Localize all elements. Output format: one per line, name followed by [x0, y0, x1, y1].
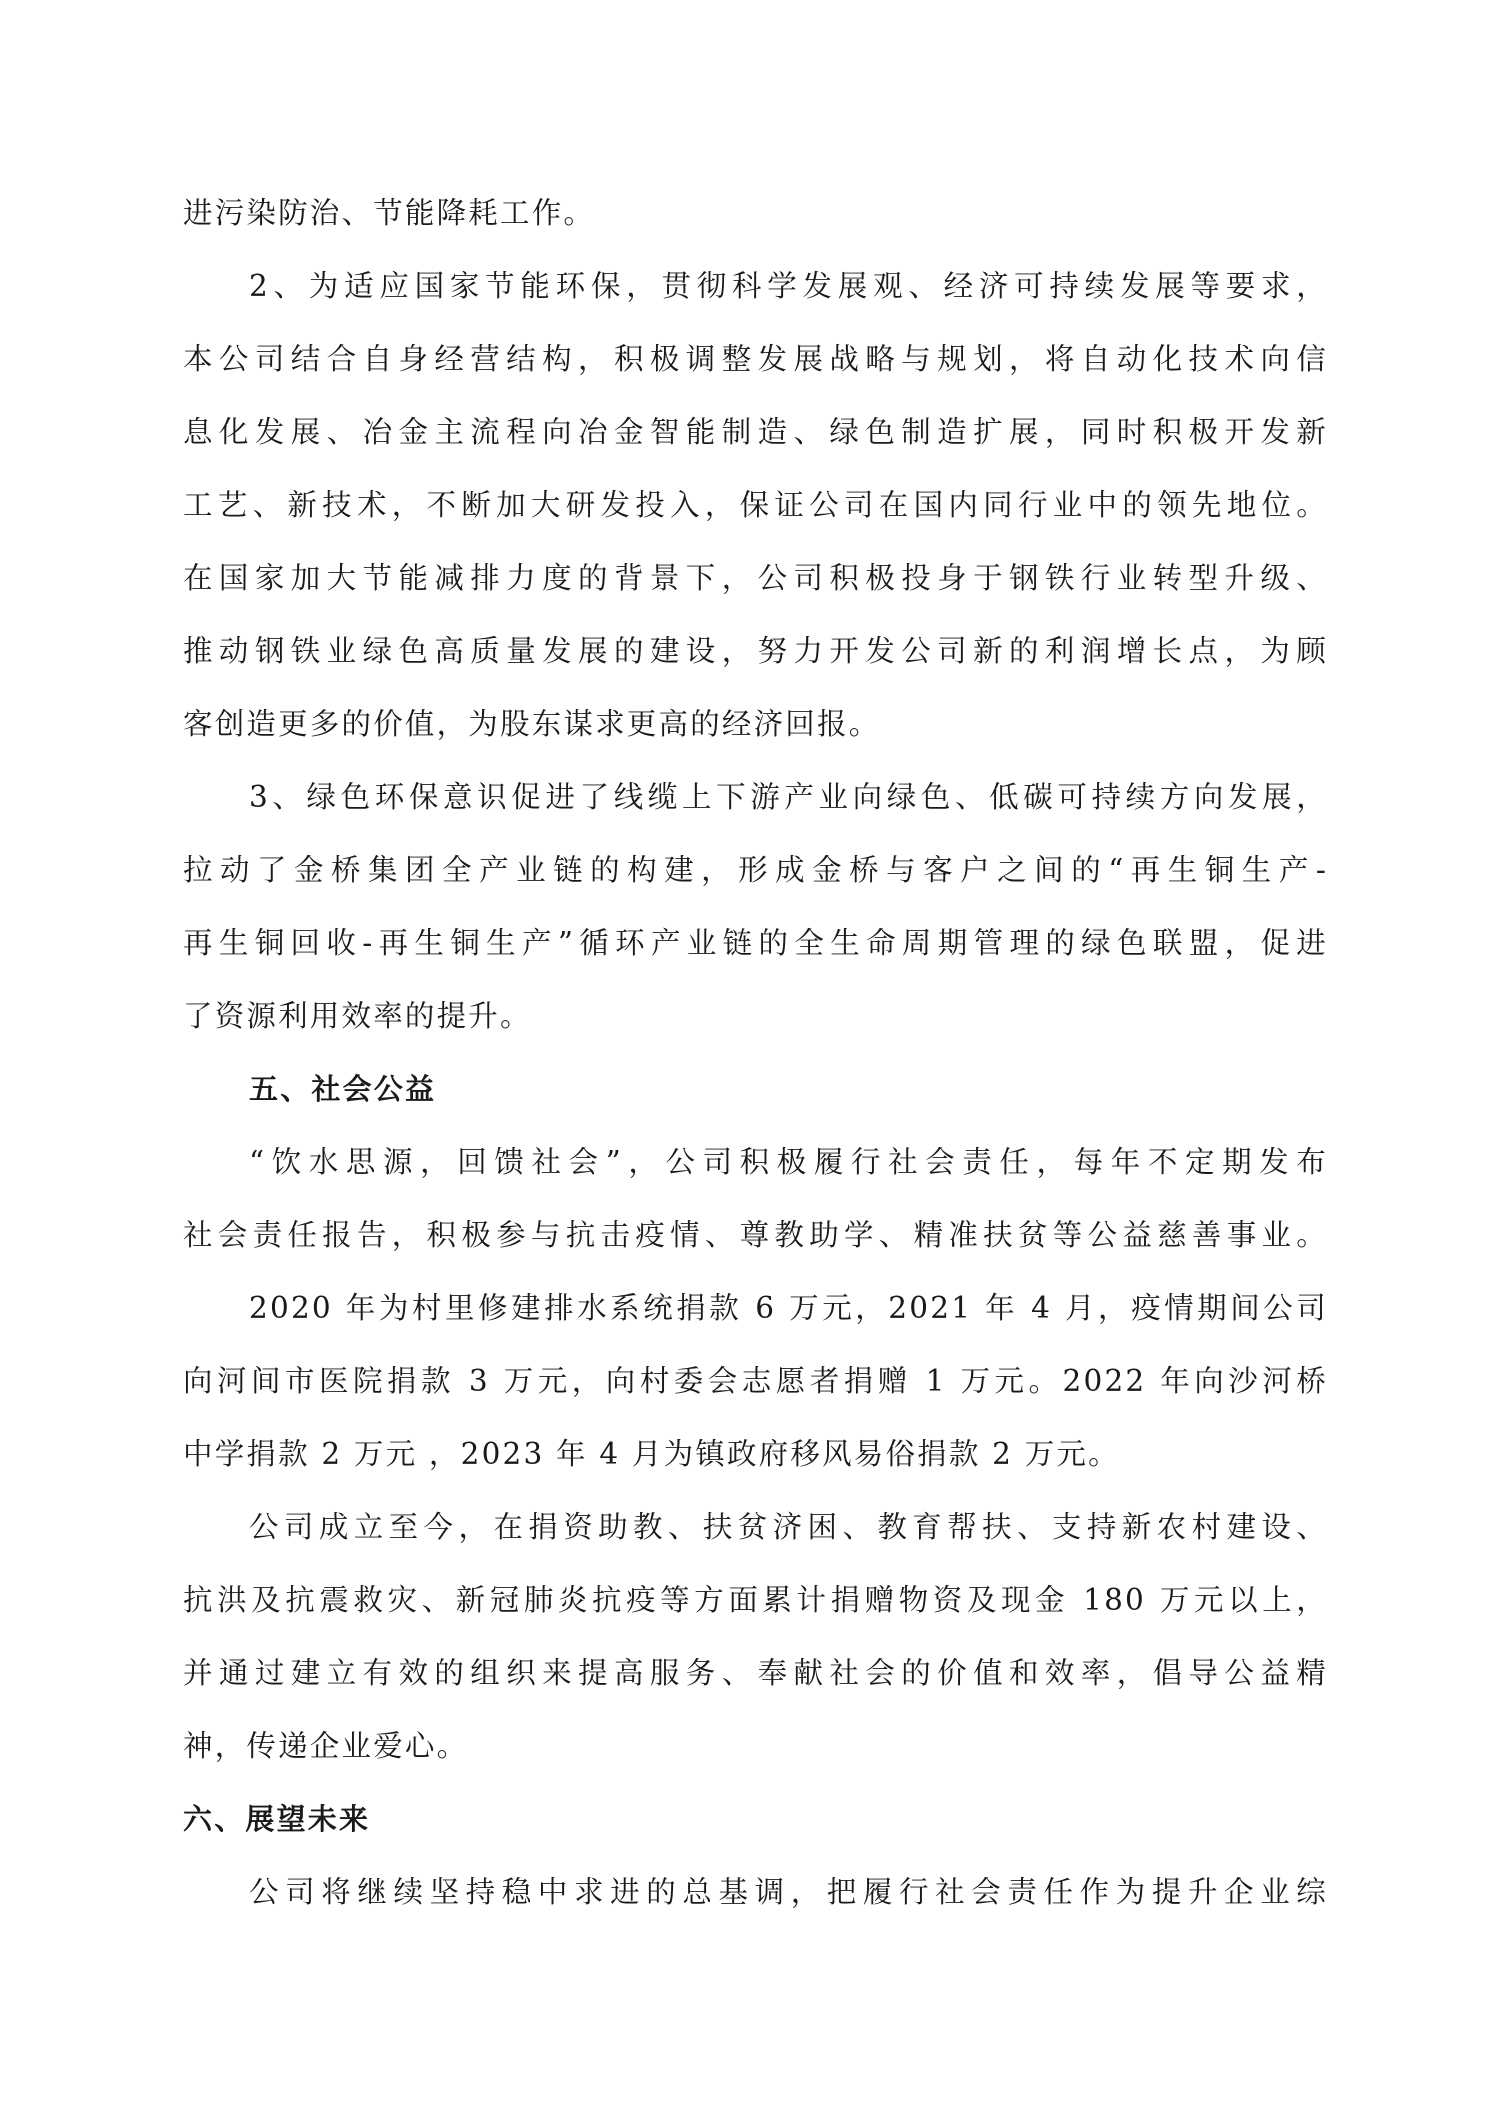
- text-line: 推动钢铁业绿色高质量发展的建设，努力开发公司新的利润增长点，为顾: [183, 626, 1328, 699]
- section-heading: 五、社会公益: [183, 1064, 1328, 1137]
- text-line: 本公司结合自身经营结构，积极调整发展战略与规划，将自动化技术向信: [183, 334, 1328, 407]
- text-line: 神，传递企业爱心。: [183, 1721, 1328, 1794]
- text-line: 在国家加大节能减排力度的背景下，公司积极投身于钢铁行业转型升级、: [183, 553, 1328, 626]
- text-line: 公司成立至今，在捐资助教、扶贫济困、教育帮扶、支持新农村建设、: [183, 1502, 1328, 1575]
- text-line: 向河间市医院捐款 3 万元，向村委会志愿者捐赠 1 万元。2022 年向沙河桥: [183, 1356, 1328, 1429]
- text-line: 2020 年为村里修建排水系统捐款 6 万元，2021 年 4 月，疫情期间公司: [183, 1283, 1328, 1356]
- text-line: “饮水思源，回馈社会”，公司积极履行社会责任，每年不定期发布: [183, 1137, 1328, 1210]
- text-line: 并通过建立有效的组织来提高服务、奉献社会的价值和效率，倡导公益精: [183, 1648, 1328, 1721]
- section-heading: 六、展望未来: [183, 1794, 1328, 1867]
- text-line: 息化发展、冶金主流程向冶金智能制造、绿色制造扩展，同时积极开发新: [183, 407, 1328, 480]
- text-line: 工艺、新技术，不断加大研发投入，保证公司在国内同行业中的领先地位。: [183, 480, 1328, 553]
- text-line: 拉动了金桥集团全产业链的构建，形成金桥与客户之间的“再生铜生产-: [183, 845, 1328, 918]
- text-line: 进污染防治、节能降耗工作。: [183, 188, 1328, 261]
- text-line: 抗洪及抗震救灾、新冠肺炎抗疫等方面累计捐赠物资及现金 180 万元以上，: [183, 1575, 1328, 1648]
- text-line: 公司将继续坚持稳中求进的总基调，把履行社会责任作为提升企业综: [183, 1867, 1328, 1940]
- text-line: 了资源利用效率的提升。: [183, 991, 1328, 1064]
- document-page: 进污染防治、节能降耗工作。 2、为适应国家节能环保，贯彻科学发展观、经济可持续发…: [183, 188, 1328, 1940]
- text-line: 客创造更多的价值，为股东谋求更高的经济回报。: [183, 699, 1328, 772]
- text-line: 再生铜回收-再生铜生产”循环产业链的全生命周期管理的绿色联盟，促进: [183, 918, 1328, 991]
- text-line: 社会责任报告，积极参与抗击疫情、尊教助学、精准扶贫等公益慈善事业。: [183, 1210, 1328, 1283]
- text-line: 2、为适应国家节能环保，贯彻科学发展观、经济可持续发展等要求，: [183, 261, 1328, 334]
- text-line: 3、绿色环保意识促进了线缆上下游产业向绿色、低碳可持续方向发展，: [183, 772, 1328, 845]
- text-line: 中学捐款 2 万元 ，2023 年 4 月为镇政府移风易俗捐款 2 万元。: [183, 1429, 1328, 1502]
